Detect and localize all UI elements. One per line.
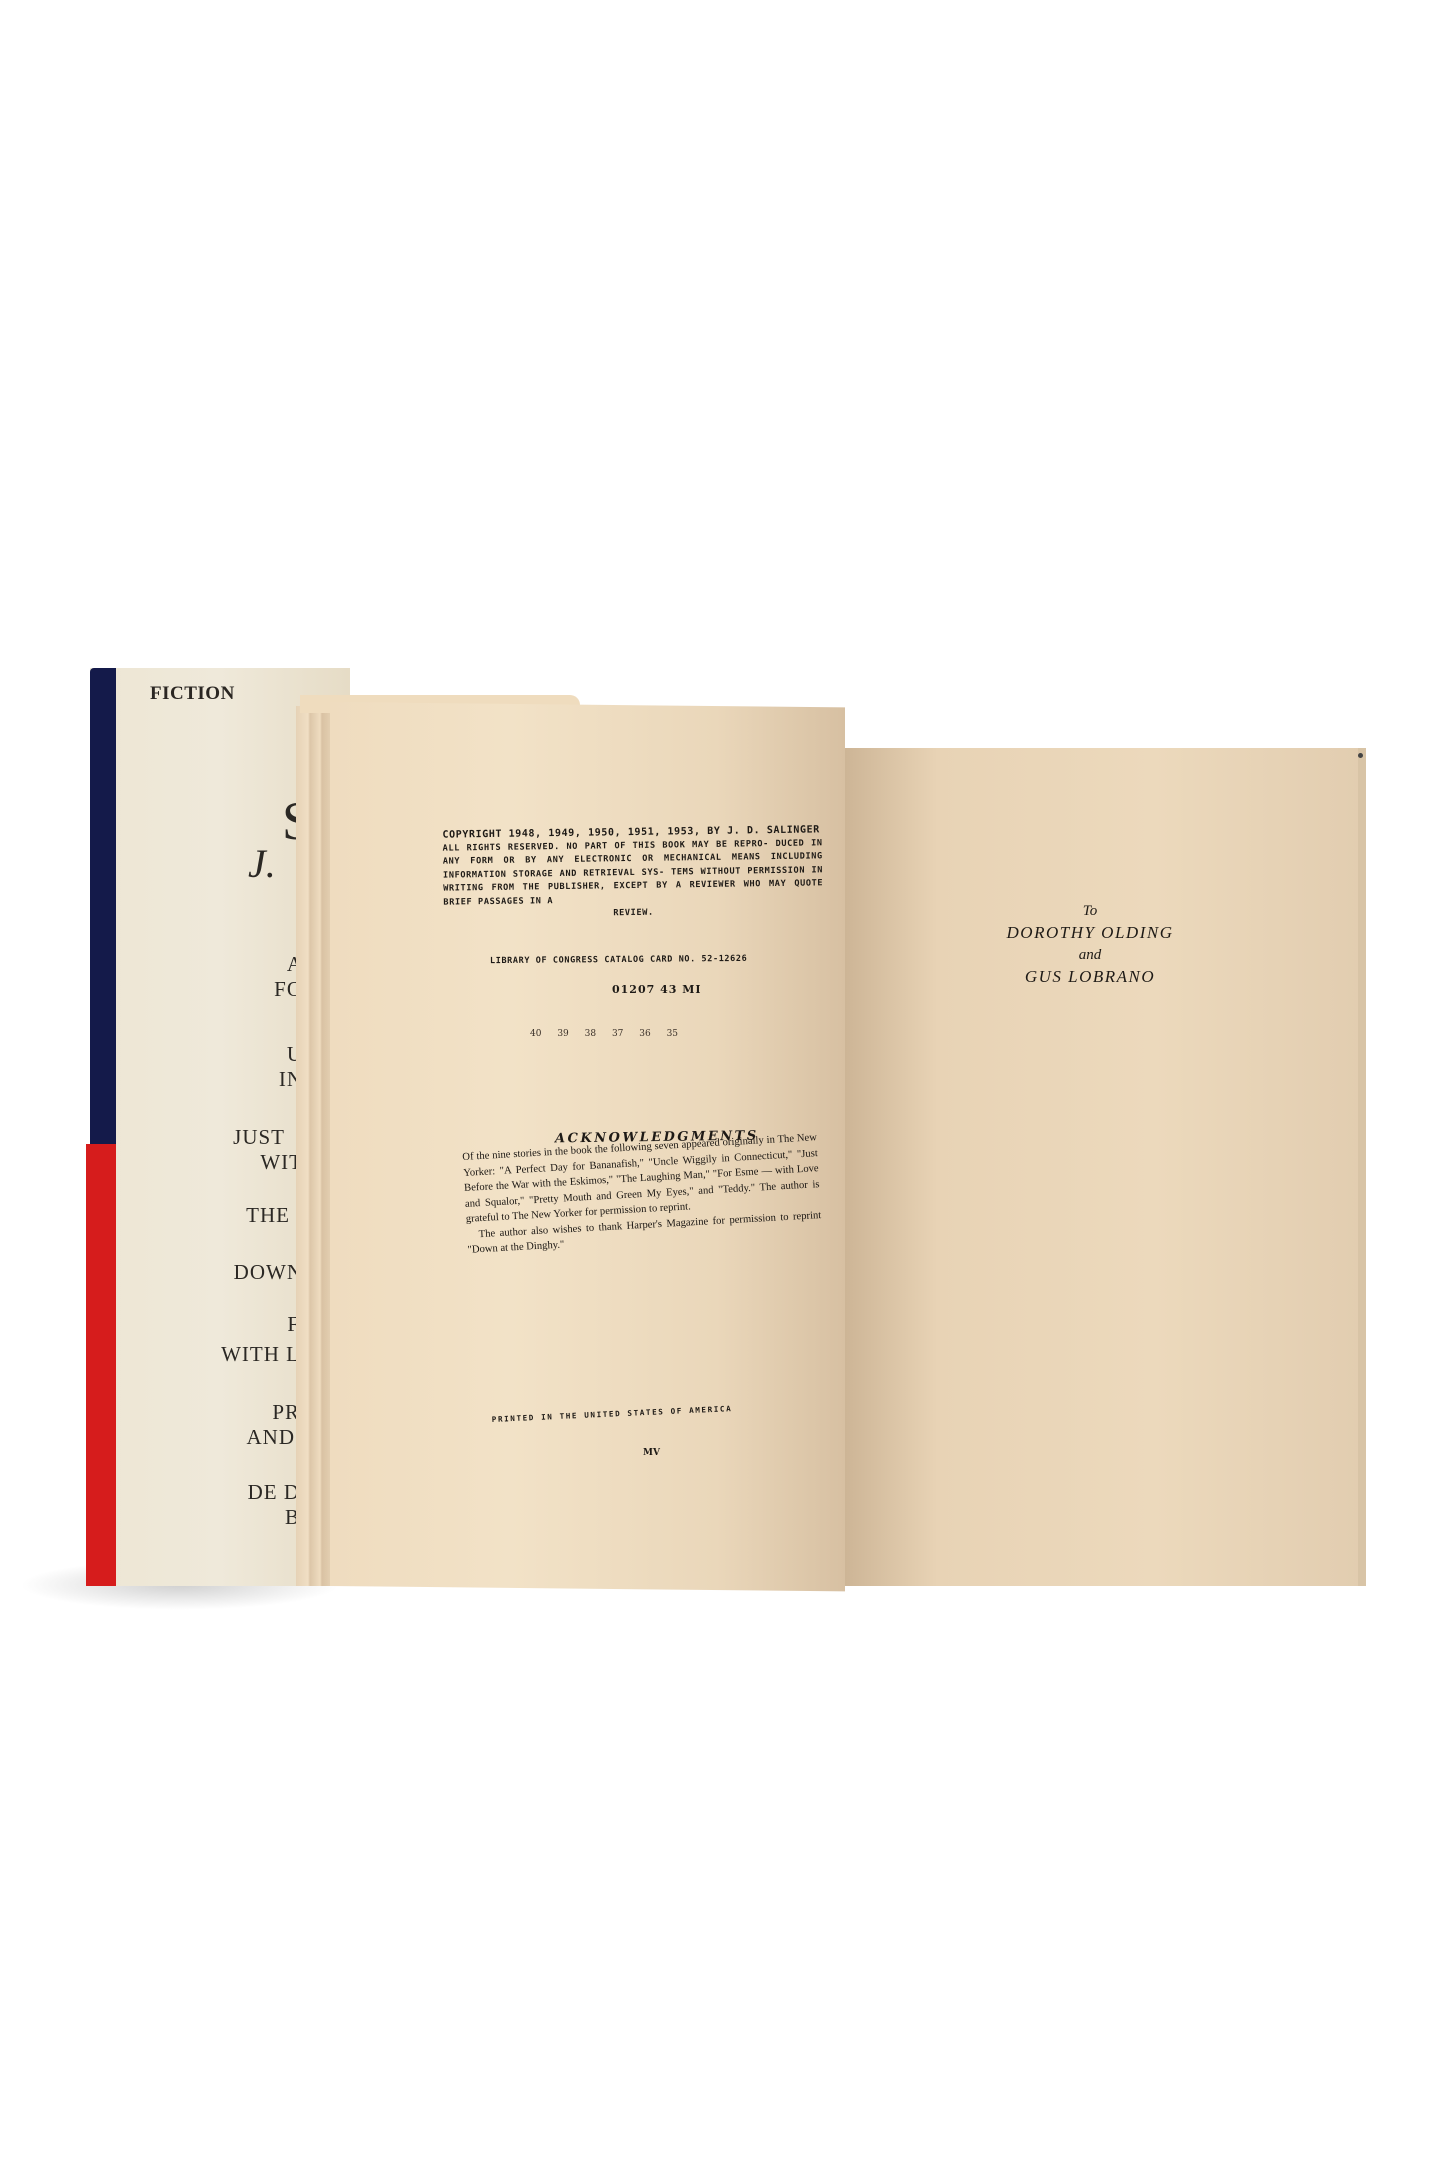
page-right-edge — [1358, 748, 1366, 1586]
printing-numbers: 40 39 38 37 36 35 — [530, 1029, 678, 1039]
jacket-spine-red — [86, 1144, 116, 1586]
dedication-and: and — [950, 944, 1230, 966]
dedication-page — [845, 748, 1360, 1586]
jacket-author-fragment: J. — [248, 840, 276, 887]
dedication-name: GUS LOBRANO — [950, 966, 1230, 988]
rights-text: ALL RIGHTS RESERVED. NO PART OF THIS BOO… — [443, 837, 824, 910]
jacket-story-line: JUST — [233, 1125, 285, 1150]
print-code: 01207 43 MI — [612, 983, 702, 996]
copyright-block: COPYRIGHT 1948, 1949, 1950, 1951, 1953, … — [442, 823, 823, 923]
book-photo: FICTION S J. A FO U IN JUST WIT THE DOWN… — [0, 0, 1445, 2168]
jacket-story-line: DE D — [248, 1480, 300, 1505]
dedication-to: To — [950, 900, 1230, 922]
dedication: To DOROTHY OLDING and GUS LOBRANO — [950, 900, 1230, 988]
dedication-name: DOROTHY OLDING — [950, 922, 1230, 944]
cover-corner — [1358, 753, 1363, 758]
jacket-spine-blue — [90, 668, 116, 1144]
jacket-story-line: THE — [246, 1203, 290, 1228]
jacket-story-line: DOWN — [234, 1260, 303, 1285]
printer-mark: MV — [643, 1448, 660, 1458]
jacket-category: FICTION — [150, 683, 235, 705]
acknowledgments-body: Of the nine stories in the book the foll… — [462, 1130, 823, 1258]
jacket-story-line: AND — [247, 1425, 296, 1450]
jacket-story-line: WITH L — [221, 1342, 300, 1367]
